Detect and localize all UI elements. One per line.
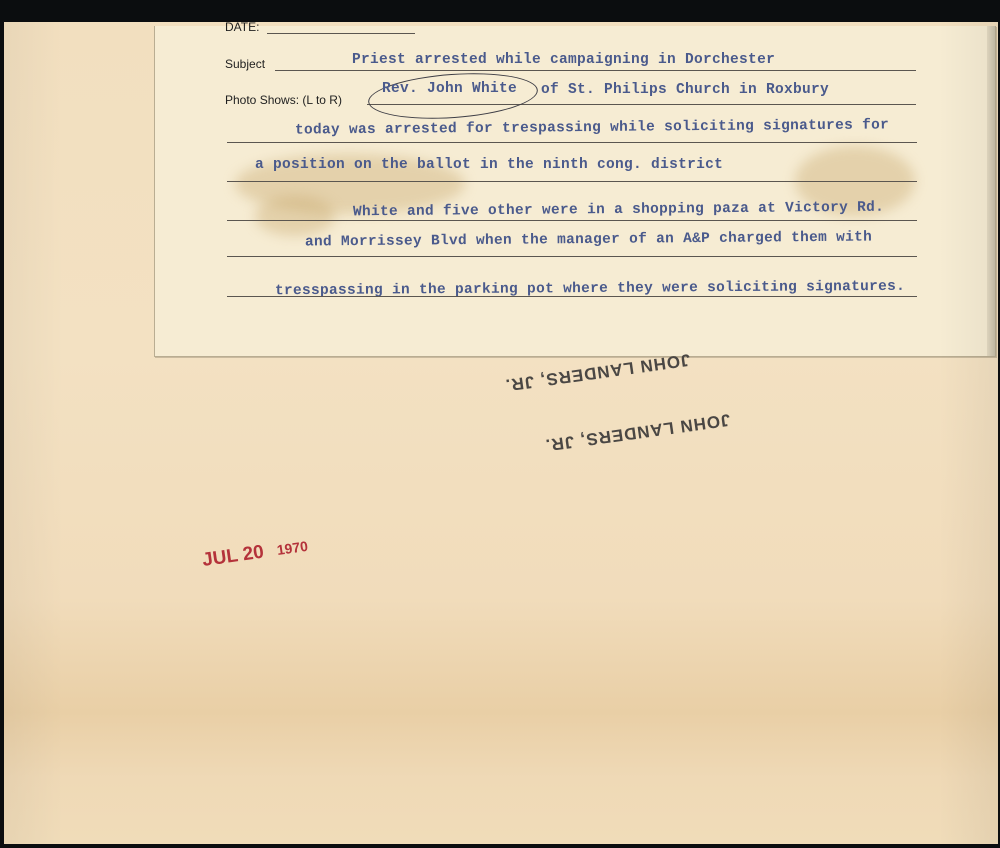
caption-rule bbox=[227, 142, 917, 143]
caption-slip-edge bbox=[987, 26, 995, 356]
water-stain bbox=[235, 154, 465, 214]
caption-line-6: tresspassing in the parking pot where th… bbox=[275, 279, 905, 299]
caption-rule bbox=[227, 256, 917, 257]
subject-label: Subject bbox=[225, 57, 265, 71]
caption-line-4: White and five other were in a shopping … bbox=[353, 200, 884, 221]
caption-rule bbox=[227, 181, 917, 182]
caption-slip: DATE: Subject Priest arrested while camp… bbox=[154, 26, 996, 357]
photographer-stamp: JOHN LANDERS, JR. bbox=[504, 349, 692, 395]
photo-shows-label: Photo Shows: (L to R) bbox=[225, 93, 342, 107]
date-rule bbox=[267, 33, 415, 34]
caption-rule bbox=[227, 296, 917, 297]
caption-line-2: today was arrested for trespassing while… bbox=[295, 117, 889, 138]
water-stain bbox=[255, 196, 335, 236]
date-label: DATE: bbox=[225, 20, 259, 34]
date-stamp-year: 1970 bbox=[276, 538, 309, 558]
caption-line-5: and Morrissey Blvd when the manager of a… bbox=[305, 230, 872, 251]
subject-value: Priest arrested while campaigning in Dor… bbox=[352, 52, 775, 68]
photo-back-paper: DATE: Subject Priest arrested while camp… bbox=[4, 22, 998, 844]
caption-rule bbox=[227, 220, 917, 221]
caption-line-1: of St. Philips Church in Roxbury bbox=[541, 82, 829, 98]
water-stain bbox=[795, 146, 915, 216]
date-stamp-day: JUL 20 bbox=[201, 542, 265, 572]
ink-circle bbox=[367, 68, 540, 124]
subject-rule bbox=[275, 70, 916, 71]
caption-line-3: a position on the ballot in the ninth co… bbox=[255, 157, 723, 173]
photo-shows-rule bbox=[367, 104, 916, 105]
circled-name: Rev. John White bbox=[382, 81, 517, 97]
photographer-stamp: JOHN LANDERS, JR. bbox=[544, 409, 732, 455]
